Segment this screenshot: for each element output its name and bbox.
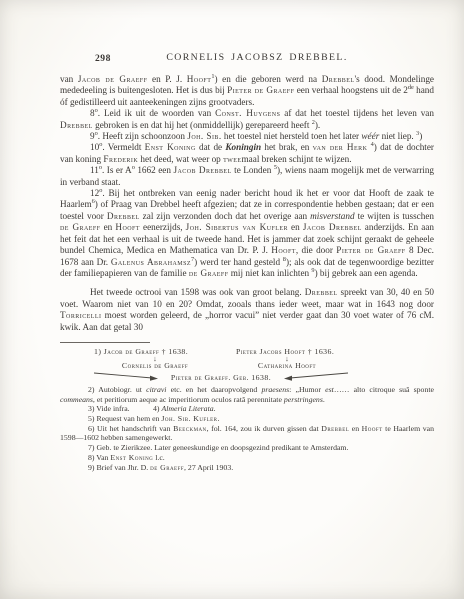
running-title: CORNELIS JACOBSZ DREBBEL.: [60, 52, 454, 63]
pedigree-connector-left: [94, 371, 160, 381]
text-run: en: [100, 222, 115, 232]
page-header: 298 CORNELIS JACOBSZ DREBBEL.: [60, 52, 434, 66]
text-block: van Jacob de Graeff en P. J. Hooft1) en …: [60, 74, 434, 472]
text-run: , et peritiorum aeque ac imperitiorum oc…: [93, 395, 284, 404]
pedigree-child-left: Cornelis de Graeff: [122, 361, 188, 371]
text-run: het toestel niet hersteld toen het later: [222, 131, 362, 141]
text-run: praesens: [261, 385, 289, 394]
text-run: 11: [90, 165, 99, 175]
text-run: Drebbel: [107, 211, 140, 221]
text-run: citravi: [146, 385, 166, 394]
footnote-line: 8) Van Enst Koning l.c.: [60, 453, 434, 463]
text-run: Pieter de Graeff: [227, 85, 294, 95]
text-run: Joh. Sib.: [187, 131, 221, 141]
text-run: het brak, en: [261, 142, 312, 152]
text-run: perstringens: [284, 395, 323, 404]
pedigree-diagram: 1) Jacob de Graeff † 1638. Pieter Jacobs…: [60, 347, 434, 385]
paragraph: 10o. Vermeldt Enst Koning dat de Koningi…: [60, 142, 434, 165]
paragraph: Het tweede octrooi van 1598 was ook van …: [60, 287, 434, 333]
text-run: 8) Van: [88, 453, 110, 462]
text-run: , 27 April 1903.: [184, 463, 233, 472]
text-run: est: [325, 385, 334, 394]
text-run: 9) Brief van Jhr. D.: [88, 463, 150, 472]
text-run: twee: [223, 154, 241, 164]
text-run: 12: [90, 188, 99, 198]
text-run: .: [217, 414, 219, 423]
paragraph: van Jacob de Graeff en P. J. Hooft1) en …: [60, 74, 434, 108]
text-run: en: [349, 424, 361, 433]
pedigree-father-left: 1) Jacob de Graeff † 1638.: [94, 347, 188, 357]
footnote-line: 2) Autobiogr. ut citravi etc. en het daa…: [60, 385, 434, 404]
book-page: 298 CORNELIS JACOBSZ DREBBEL. van Jacob …: [0, 0, 464, 599]
text-run: 3) Vide infra. 4): [88, 404, 161, 413]
footnote-line: 7) Geb. te Zierikzee. Later geneeskundig…: [60, 443, 434, 453]
text-run: : „Humor: [289, 385, 325, 394]
text-run: niet liep.: [379, 131, 416, 141]
text-run: Drebbel: [60, 120, 93, 130]
text-run: Hooft: [115, 222, 140, 232]
text-run: eenerzijds,: [140, 222, 186, 232]
text-run: van der Herk: [313, 142, 368, 152]
text-run: gebroken is en dat hij het (onmiddellijk…: [93, 120, 312, 130]
footnote-separator: [60, 342, 150, 343]
text-run: , die door: [296, 245, 336, 255]
text-run: .: [323, 395, 325, 404]
text-run: 2) Autobiogr. ut: [88, 385, 146, 394]
text-run: Beeckman: [173, 424, 207, 433]
text-run: , fol. 164, zou ik durven gissen dat: [207, 424, 322, 433]
text-run: te Londen: [232, 165, 274, 175]
paragraph: 9o. Heeft zijn schoonzoon Joh. Sib. het …: [60, 131, 434, 142]
text-run: zal zijn verzonden doch dat het overige …: [140, 211, 311, 221]
text-run: ) en die geboren werd na: [214, 74, 321, 84]
text-run: . Is er A: [102, 165, 132, 175]
text-run: ).: [315, 120, 320, 130]
text-run: en: [288, 222, 303, 232]
text-run: Hooft: [362, 424, 383, 433]
text-run: Galenus Abrahamsz: [111, 257, 191, 267]
text-run: Enst Koning: [110, 453, 153, 462]
text-run: . Vermeldt: [102, 142, 144, 152]
text-run: ) bij gebrek aan een agenda.: [315, 268, 418, 278]
footnote-line: 9) Brief van Jhr. D. de Graeff, 27 April…: [60, 463, 434, 473]
paragraph: 12o. Bij het ontbreken van eenig nader b…: [60, 188, 434, 279]
text-run: commeans: [60, 395, 93, 404]
footnote-line: 5) Request van hem en Joh. Sib. Kufler.: [60, 414, 434, 424]
text-run: Torricelli: [60, 310, 101, 320]
text-run: het deed, wat weer op: [138, 154, 223, 164]
text-run: af dat het toestel tijdens het leven van: [280, 108, 434, 118]
pedigree-child-right: Catharina Hooft: [258, 361, 316, 371]
text-run: Drebbel: [321, 424, 349, 433]
text-run: 1662 een: [135, 165, 174, 175]
text-run: Joh. Sib. Kufler: [161, 414, 217, 423]
text-run: een verhaal hoogstens uit de 2: [294, 85, 407, 95]
text-run: . Heeft zijn schoonzoon: [98, 131, 188, 141]
text-run: l.c.: [153, 453, 164, 462]
footnote-line: 3) Vide infra. 4) Almeria Literata.: [60, 404, 434, 414]
text-run: Almeria Literata: [161, 404, 213, 413]
text-run: ): [419, 131, 422, 141]
text-run: 6) Uit het handschrift van: [88, 424, 173, 433]
text-run: de Graeff: [189, 268, 229, 278]
pedigree-connector-right: [282, 371, 348, 381]
paragraph: 11o. Is er Ao 1662 een Jacob Drebbel te …: [60, 165, 434, 188]
text-run: dat de: [196, 142, 226, 152]
paragraph: 8o. Leid ik uit de woorden van Const. Hu…: [60, 108, 434, 131]
text-run: ) werd ter hand gesteld: [194, 257, 283, 267]
text-run: van: [60, 74, 78, 84]
text-run: . Leid ik uit de woorden van: [98, 108, 215, 118]
text-run: Enst Koning: [145, 142, 196, 152]
text-run: en P. J.: [147, 74, 186, 84]
text-run: Frederik: [103, 154, 138, 164]
text-run: misverstand: [310, 211, 354, 221]
text-run: Jacob Drebbel: [173, 165, 231, 175]
text-run: 10: [90, 142, 99, 152]
text-run: .: [214, 404, 216, 413]
text-run: Drebbel: [322, 74, 355, 84]
text-run: Const. Huygens: [215, 108, 280, 118]
text-run: de Graeff: [60, 222, 100, 232]
text-run: Hooft: [271, 245, 296, 255]
text-run: Jacob Drebbel: [303, 222, 362, 232]
pedigree-grandchild: Pieter de Graeff. Geb. 1638.: [171, 373, 271, 383]
text-run: Jacob de Graeff: [78, 74, 148, 84]
text-run: Pieter de Graeff: [336, 245, 405, 255]
text-run: de Graeff: [150, 463, 184, 472]
text-run: Hooft: [187, 74, 212, 84]
text-run: moest worden geleerd, de „horror vacui” …: [60, 310, 434, 331]
text-run: etc. en het daaropvolgend: [166, 385, 261, 394]
text-run: 5) Request van hem en: [88, 414, 161, 423]
text-run: Drebbel: [305, 287, 338, 297]
footnote-lines: 2) Autobiogr. ut citravi etc. en het daa…: [60, 385, 434, 472]
text-run: maal breken schijnt te wijzen.: [242, 154, 352, 164]
footnote-line: 6) Uit het handschrift van Beeckman, fol…: [60, 424, 434, 443]
footnotes-block: 1) Jacob de Graeff † 1638. Pieter Jacobs…: [60, 342, 434, 472]
main-text: van Jacob de Graeff en P. J. Hooft1) en …: [60, 74, 434, 333]
text-run: Het tweede octrooi van 1598 was ook van …: [90, 287, 305, 297]
text-run: Koningin: [225, 142, 261, 152]
text-run: 7) Geb. te Zierikzee. Later geneeskundig…: [88, 443, 348, 452]
text-run: mij niet kan inlichten: [228, 268, 311, 278]
text-run: …… alto citroque suâ sponte: [334, 385, 434, 394]
text-run: wéér: [361, 131, 379, 141]
text-run: Joh. Sibertus van Kufler: [186, 222, 288, 232]
text-run: te wijten is tusschen: [355, 211, 434, 221]
